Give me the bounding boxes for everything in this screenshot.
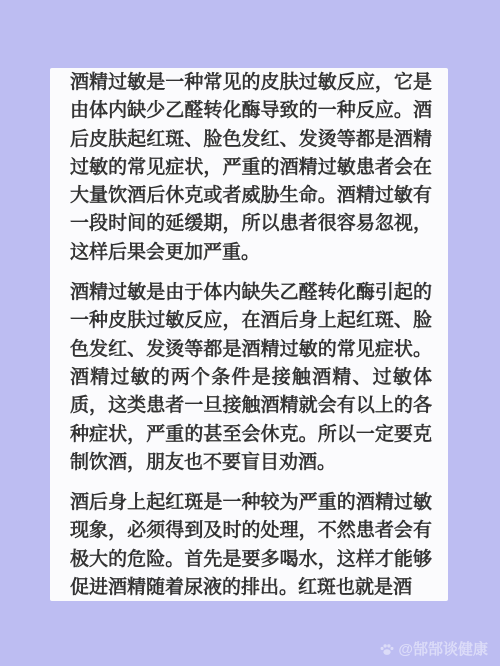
watermark: @郜郜谈健康 <box>379 641 488 657</box>
paw-icon <box>379 641 395 657</box>
article-card: 酒精过敏是一种常见的皮肤过敏反应，它是由体内缺少乙醛转化酶导致的一种反应。酒后皮… <box>50 68 448 601</box>
article-paragraph-1: 酒精过敏是一种常见的皮肤过敏反应，它是由体内缺少乙醛转化酶导致的一种反应。酒后皮… <box>70 69 432 267</box>
watermark-text: @郜郜谈健康 <box>398 642 488 657</box>
article-paragraph-3: 酒后身上起红斑是一种较为严重的酒精过敏现象，必须得到及时的处理，不然患者会有极大… <box>70 489 432 601</box>
article-paragraph-2: 酒精过敏是由于体内缺失乙醛转化酶引起的一种皮肤过敏反应，在酒后身上起红斑、脸色发… <box>70 279 432 477</box>
